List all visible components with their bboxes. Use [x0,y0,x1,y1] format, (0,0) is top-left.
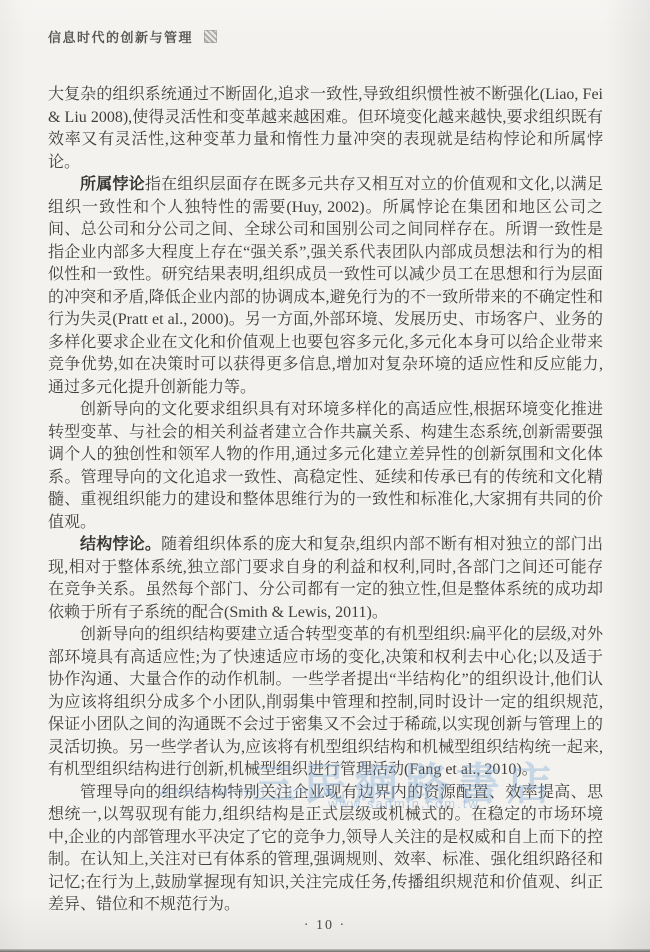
paragraph: 大复杂的组织系统通过不断固化,追求一致性,导致组织惯性被不断强化(Liao, F… [48,84,603,174]
paragraph-lead: 所属悖论 [80,176,145,193]
book-title: 信息时代的创新与管理 [48,27,193,46]
scanned-book-page: 信息时代的创新与管理 大复杂的组织系统通过不断固化,追求一致性,导致组织惯性被不… [0,0,650,952]
paragraph: 所属悖论指在组织层面存在既多元共存又相互对立的价值观和文化,以满足组织一致性和个… [48,174,603,399]
page-number: · 10 · [0,918,650,934]
paragraph: 结构悖论。随着组织体系的庞大和复杂,组织内部不断有相对独立的部门出现,相对于整体… [48,534,603,624]
paragraph: 管理导向的组织结构特别关注企业现有边界内的资源配置、效率提高、思想统一,以驾驭现… [48,782,603,917]
running-header: 信息时代的创新与管理 [48,27,217,46]
hatch-square-icon [204,30,217,43]
body-text: 大复杂的组织系统通过不断固化,追求一致性,导致组织惯性被不断强化(Liao, F… [48,84,603,917]
paragraph-lead: 结构悖论。 [80,536,161,553]
paragraph: 创新导向的文化要求组织具有对环境多样化的高适应性,根据环境变化推进转型变革、与社… [48,399,603,534]
paragraph: 创新导向的组织结构要建立适合转型变革的有机型组织:扁平化的层级,对外部环境具有高… [48,624,603,782]
